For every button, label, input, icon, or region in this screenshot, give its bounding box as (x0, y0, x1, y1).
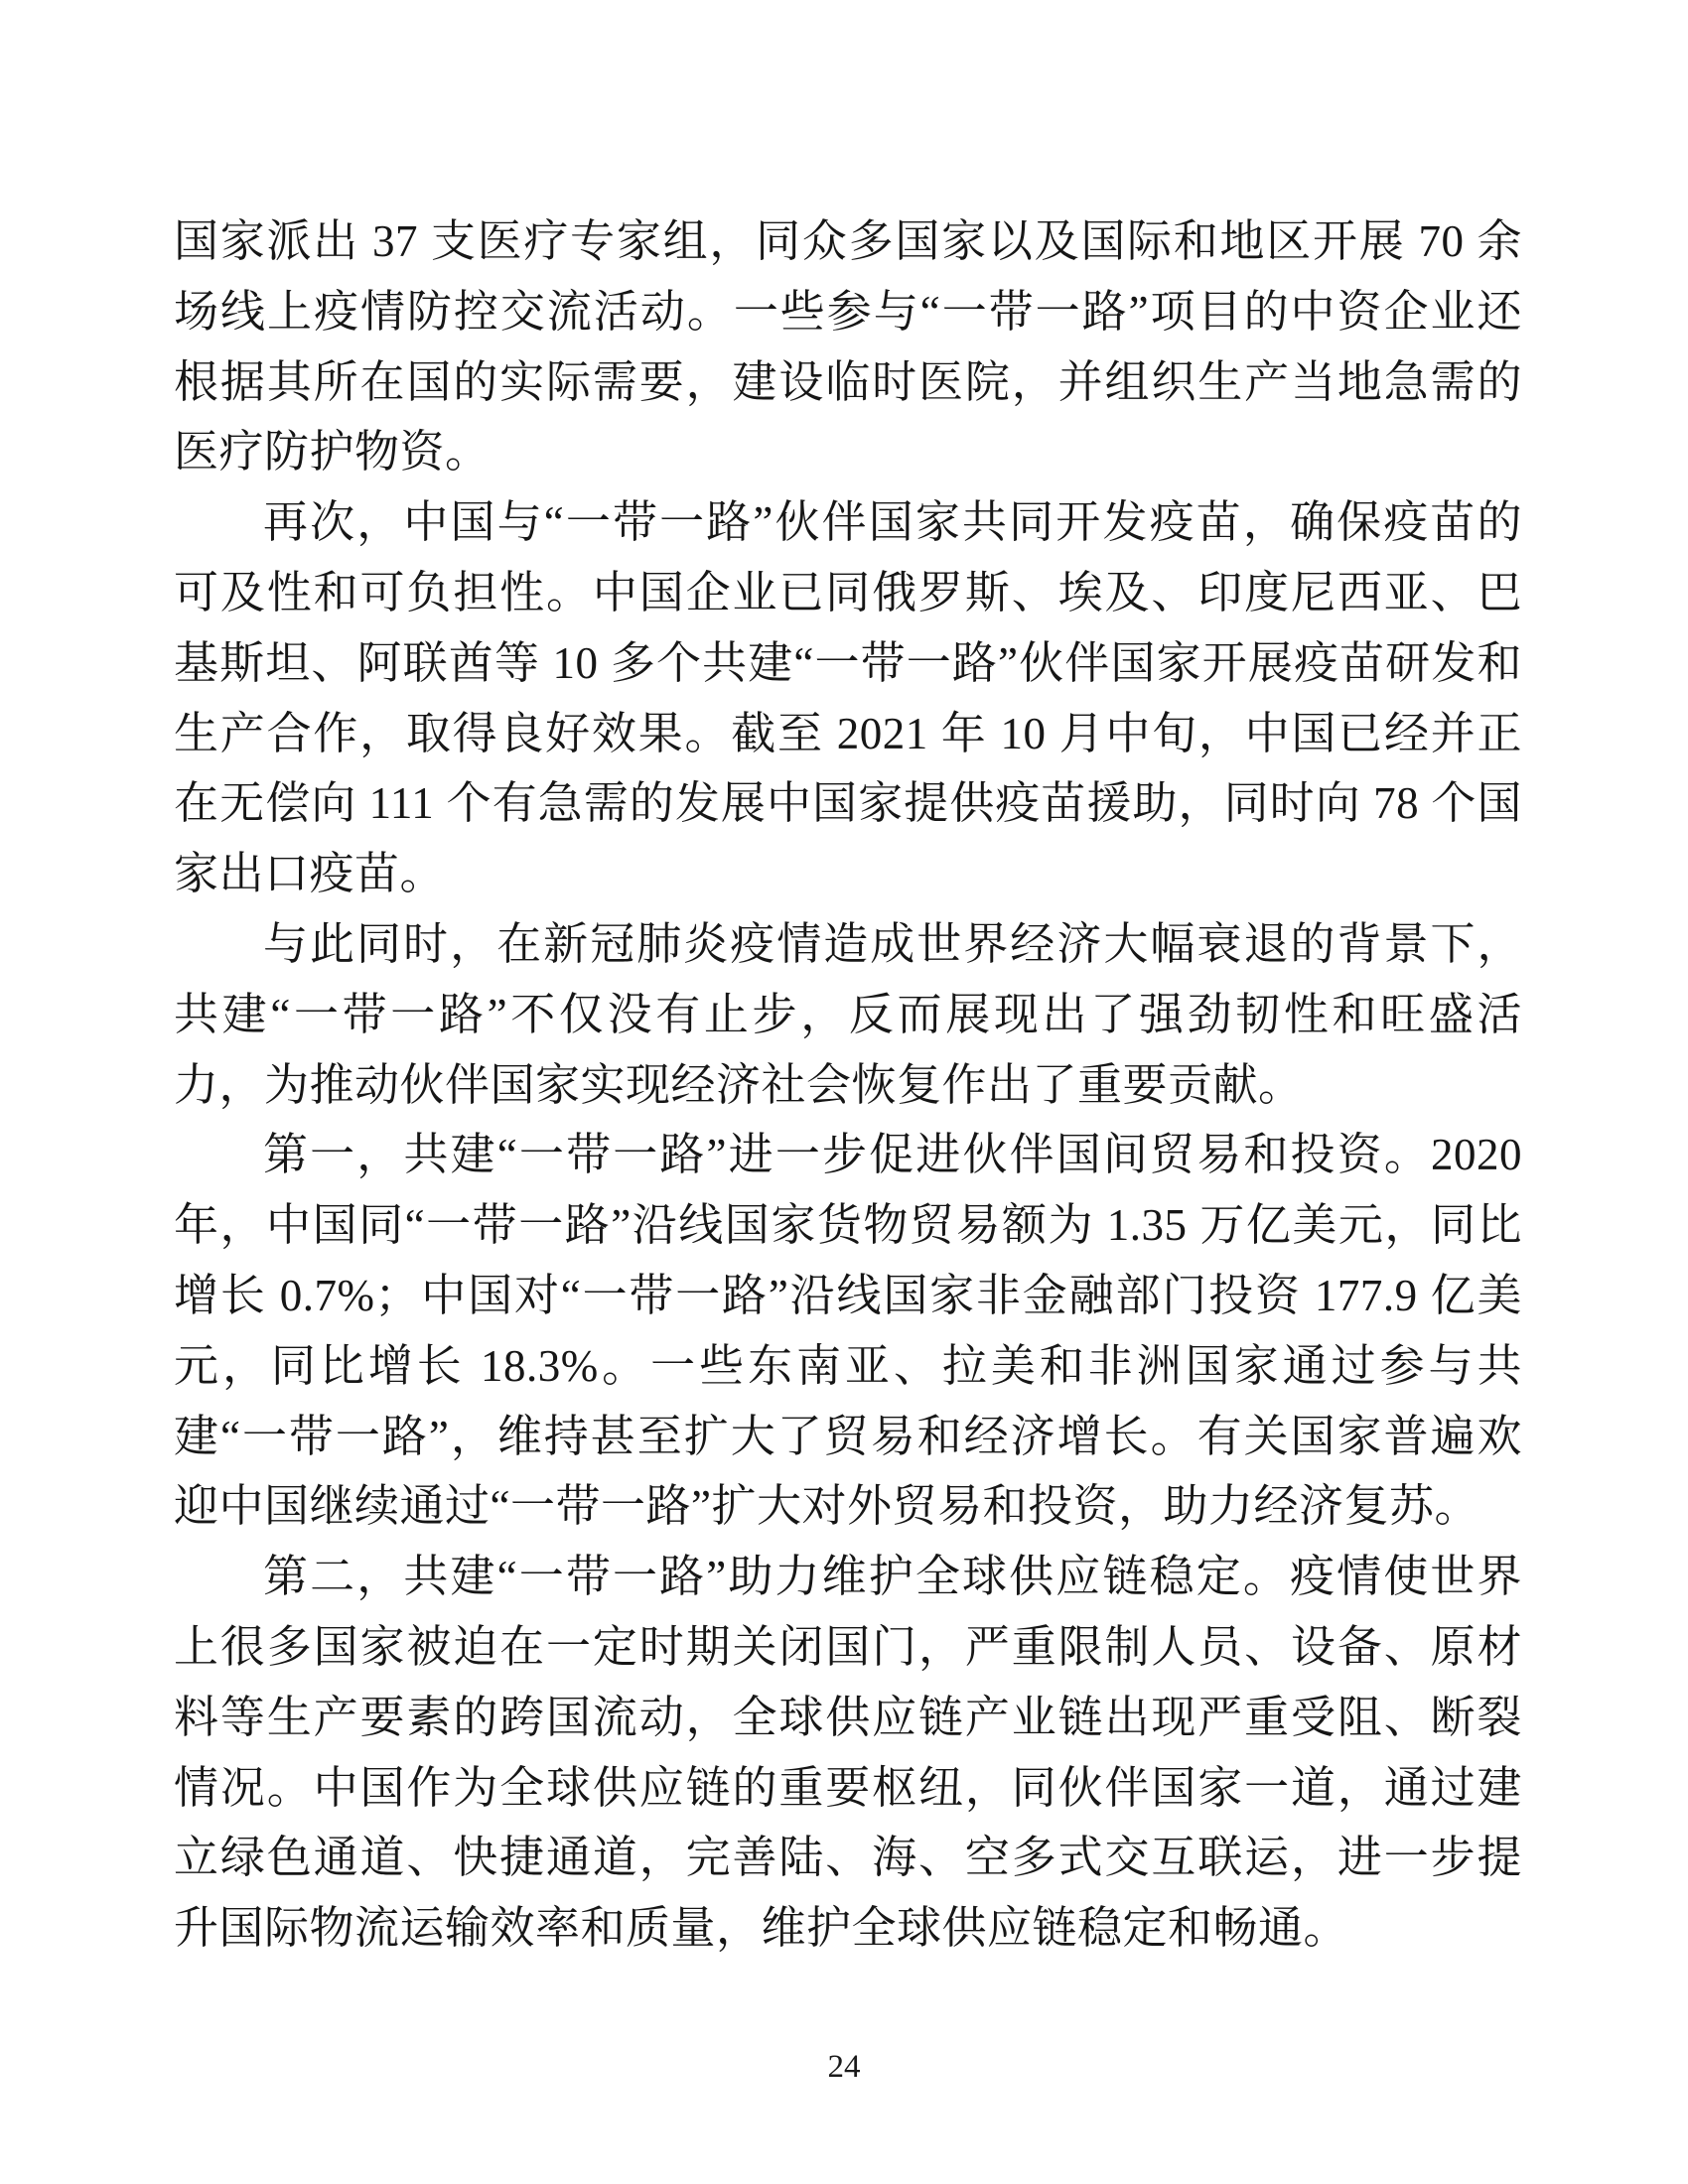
page-number: 24 (0, 2047, 1688, 2087)
paragraph-supply-chain: 第二，共建“一带一路”助力维护全球供应链稳定。疫情使世界上很多国家被迫在一定时期… (174, 1542, 1522, 1964)
paragraph-continuation: 国家派出 37 支医疗专家组，同众多国家以及国际和地区开展 70 余场线上疫情防… (174, 206, 1522, 487)
document-page: 国家派出 37 支医疗专家组，同众多国家以及国际和地区开展 70 余场线上疫情防… (0, 0, 1688, 2184)
paragraph-resilience: 与此同时，在新冠肺炎疫情造成世界经济大幅衰退的背景下，共建“一带一路”不仅没有止… (174, 909, 1522, 1120)
paragraph-trade-investment: 第一，共建“一带一路”进一步促进伙伴国间贸易和投资。2020 年，中国同“一带一… (174, 1120, 1522, 1542)
document-body: 国家派出 37 支医疗专家组，同众多国家以及国际和地区开展 70 余场线上疫情防… (174, 206, 1522, 1964)
paragraph-vaccine-cooperation: 再次，中国与“一带一路”伙伴国家共同开发疫苗，确保疫苗的可及性和可负担性。中国企… (174, 487, 1522, 909)
